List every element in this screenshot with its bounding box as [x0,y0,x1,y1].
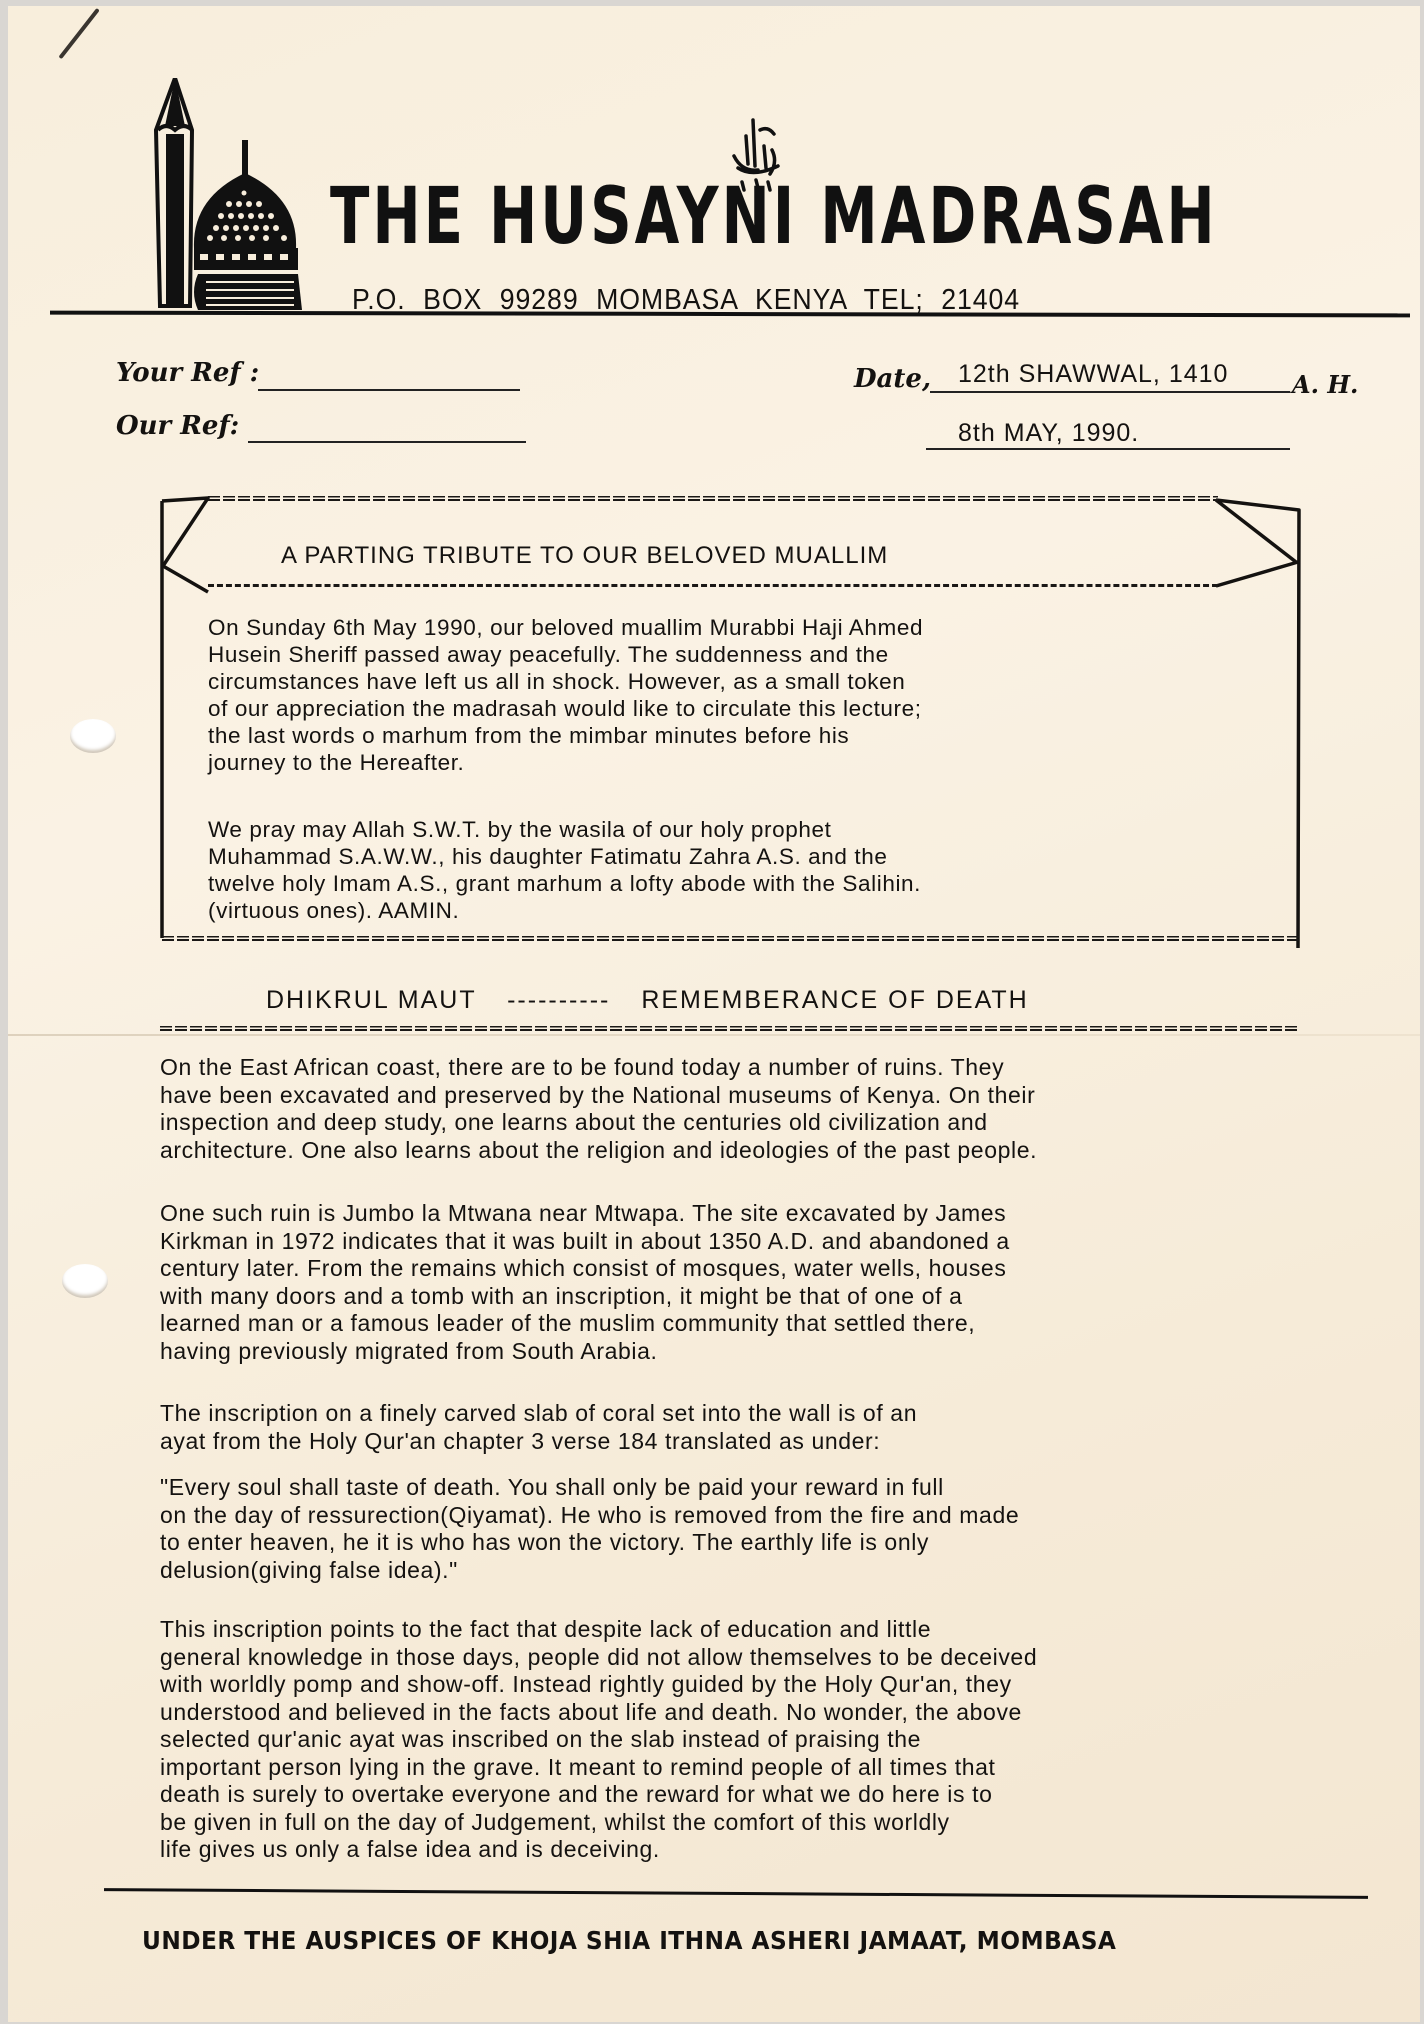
section-heading-right: REMEMBERANCE OF DEATH [641,986,1028,1014]
date-gregorian-line [926,448,1290,450]
punch-hole [62,1264,108,1298]
banner-bottom-dashes [208,584,1218,587]
body-paragraph-2: One such ruin is Jumbo la Mtwana near Mt… [160,1200,1010,1365]
date-hijri-line [930,391,1290,393]
your-ref-field [258,389,520,391]
date-hijri: 12th SHAWWAL, 1410 [958,360,1228,389]
tribute-title: A PARTING TRIBUTE TO OUR BELOVED MUALLIM [281,542,888,570]
section-heading: DHIKRUL MAUT ---------- REMEMBERANCE OF … [266,986,1029,1015]
quranic-quote: "Every soul shall taste of death. You sh… [160,1474,1019,1584]
date-gregorian: 8th MAY, 1990. [958,419,1139,448]
footer-rule [104,1888,1368,1899]
body-paragraph-5: This inscription points to the fact that… [160,1616,1037,1864]
body-paragraph-3: The inscription on a finely carved slab … [160,1400,917,1455]
tribute-box-bottom-dashes [162,936,1300,941]
body-paragraph-1: On the East African coast, there are to … [160,1054,1037,1164]
date-label: Date, [854,364,931,394]
section-heading-separator: ---------- [507,986,610,1014]
paper-fold [8,1034,1420,1036]
pencil-dome-book-logo-icon [144,78,344,318]
staple-mark [58,8,99,59]
section-heading-left: DHIKRUL MAUT [266,986,476,1014]
date-hijri-suffix: A. H. [1292,370,1358,399]
tribute-paragraph-1: On Sunday 6th May 1990, our beloved mual… [208,614,923,776]
punch-hole [70,719,116,753]
section-heading-dashes [160,1026,1300,1031]
tribute-paragraph-2: We pray may Allah S.W.T. by the wasila o… [208,816,921,924]
our-ref-label: Our Ref: [116,411,239,441]
institution-name: THE HUSAYNI MADRASAH [330,178,952,256]
our-ref-field [248,441,526,443]
banner-top-dashes [208,496,1218,501]
letter-page: THE HUSAYNI MADRASAH P.O. BOX 99289 MOMB… [8,6,1420,2022]
your-ref-label: Your Ref : [116,358,259,388]
footer-auspices: UNDER THE AUSPICES OF KHOJA SHIA ITHNA A… [142,1926,1116,1955]
